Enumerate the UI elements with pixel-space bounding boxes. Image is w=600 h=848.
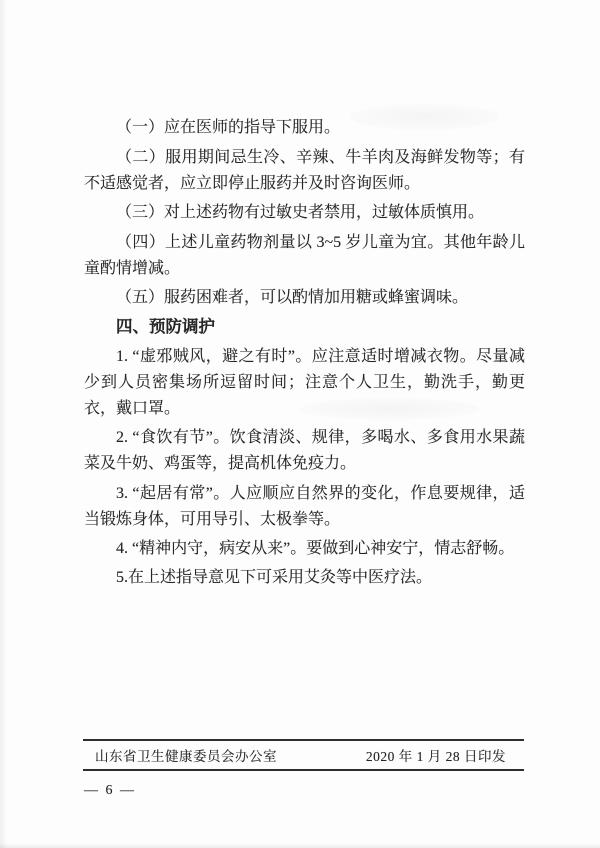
paragraph: 3. “起居有常”。人应顺应自然界的变化，作息要规律，适当锻炼身体，可用导引、太… (84, 481, 525, 533)
paragraph: （三）对上述药物有过敏史者禁用，过敏体质慎用。 (84, 200, 525, 226)
paragraph: 4. “精神内守，病安从来”。要做到心神安宁，情志舒畅。 (84, 536, 525, 562)
paragraph: 2. “食饮有节”。饮食清淡、规律，多喝水、多食用水果蔬菜及牛奶、鸡蛋等，提高机… (84, 425, 525, 477)
footer-issuer: 山东省卫生健康委员会办公室 (95, 745, 277, 765)
paragraph: 1. “虚邪贼风，避之有时”。应注意适时增减衣物。尽量减少到人员密集场所逗留时间… (84, 344, 525, 422)
paragraph: 5.在上述指导意见下可采用艾灸等中医疗法。 (84, 565, 525, 591)
paragraph: （四）上述儿童药物剂量以 3~5 岁儿童为宜。其他年龄儿童酌情增减。 (84, 230, 525, 282)
document-footer: 山东省卫生健康委员会办公室 2020 年 1 月 28 日印发 (83, 739, 524, 771)
paragraph: （五）服药困难者，可以酌情加用糖或蜂蜜调味。 (84, 285, 525, 311)
section-heading: 四、预防调护 (84, 314, 525, 340)
paragraph: （一）应在医师的指导下服用。 (84, 115, 525, 141)
page-number: — 6 — (84, 783, 136, 799)
document-page: （一）应在医师的指导下服用。（二）服用期间忌生冷、辛辣、牛羊肉及海鲜发物等；有不… (0, 0, 600, 848)
footer-print-date: 2020 年 1 月 28 日印发 (366, 745, 506, 765)
paragraph: （二）服用期间忌生冷、辛辣、牛羊肉及海鲜发物等；有不适感觉者，应立即停止服药并及… (84, 145, 525, 197)
document-body: （一）应在医师的指导下服用。（二）服用期间忌生冷、辛辣、牛羊肉及海鲜发物等；有不… (84, 112, 525, 595)
